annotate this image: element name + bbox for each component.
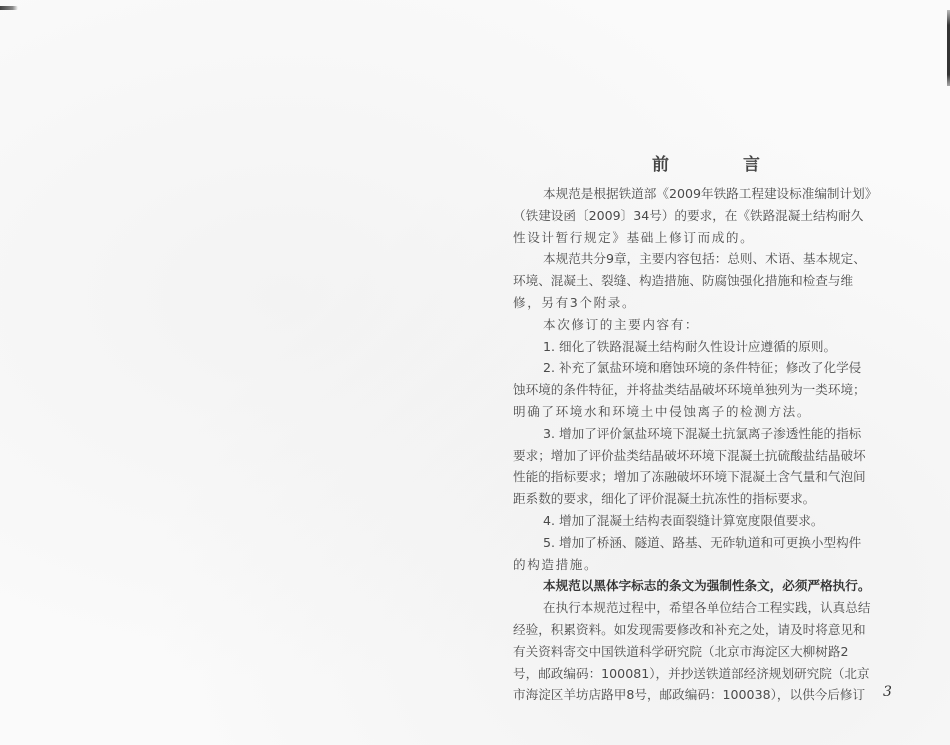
text-line: （铁建设函〔2009〕34号）的要求，在《铁路混凝土结构耐久	[513, 205, 899, 227]
text-line: 本规范共分9章，主要内容包括：总则、术语、基本规定、	[513, 248, 899, 270]
text-line: 要求；增加了评价盐类结晶破坏环境下混凝土抗硫酸盐结晶破坏	[513, 445, 899, 467]
text-line: 本规范是根据铁道部《2009年铁路工程建设标准编制计划》	[513, 183, 899, 205]
text-line: 经验，积累资料。如发现需要修改和补充之处，请及时将意见和	[513, 619, 899, 641]
text-line: 性能的指标要求；增加了冻融破坏环境下混凝土含气量和气泡间	[513, 466, 899, 488]
text-line: 距系数的要求，细化了评价混凝土抗冻性的指标要求。	[513, 488, 899, 510]
text-line: 修，另有3个附录。	[513, 292, 899, 314]
text-line: 2. 补充了氯盐环境和磨蚀环境的条件特征；修改了化学侵	[513, 357, 899, 379]
text-line: 蚀环境的条件特征，并将盐类结晶破坏环境单独列为一类环境；	[513, 379, 899, 401]
preface-body: 本规范是根据铁道部《2009年铁路工程建设标准编制计划》（铁建设函〔2009〕3…	[513, 183, 899, 706]
page-title: 前 言	[513, 150, 899, 175]
text-line: 市海淀区羊坊店路甲8号，邮政编码：100038），以供今后修订	[513, 684, 899, 706]
document-page: 前 言 本规范是根据铁道部《2009年铁路工程建设标准编制计划》（铁建设函〔20…	[513, 0, 899, 745]
text-line: 本规范以黑体字标志的条文为强制性条文，必须严格执行。	[513, 575, 899, 597]
text-line: 在执行本规范过程中，希望各单位结合工程实践，认真总结	[513, 597, 899, 619]
text-line: 1. 细化了铁路混凝土结构耐久性设计应遵循的原则。	[513, 336, 899, 358]
text-line: 本次修订的主要内容有：	[513, 314, 899, 336]
text-line: 号，邮政编码：100081），并抄送铁道部经济规划研究院（北京	[513, 663, 899, 685]
text-line: 有关资料寄交中国铁道科学研究院（北京市海淀区大柳树路2	[513, 641, 899, 663]
text-line: 4. 增加了混凝土结构表面裂缝计算宽度限值要求。	[513, 510, 899, 532]
text-line: 环境、混凝土、裂缝、构造措施、防腐蚀强化措施和检查与维	[513, 270, 899, 292]
text-line: 性设计暂行规定》基础上修订而成的。	[513, 227, 899, 249]
text-line: 3. 增加了评价氯盐环境下混凝土抗氯离子渗透性能的指标	[513, 423, 899, 445]
text-line: 的构造措施。	[513, 554, 899, 576]
scan-artifact-corner-mark	[0, 6, 18, 10]
text-line: 明确了环境水和环境土中侵蚀离子的检测方法。	[513, 401, 899, 423]
page-number: 3	[883, 684, 892, 700]
text-line: 5. 增加了桥涵、隧道、路基、无砟轨道和可更换小型构件	[513, 532, 899, 554]
